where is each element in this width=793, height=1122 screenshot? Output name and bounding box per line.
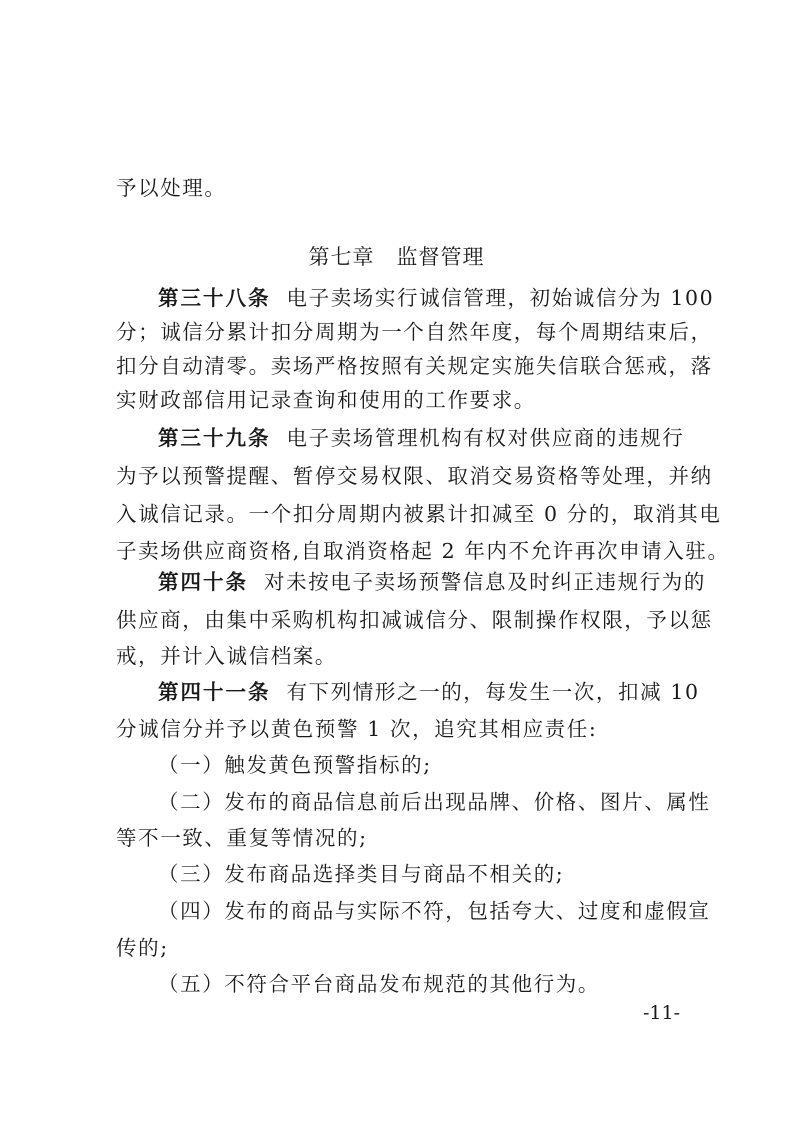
article-text: 扣分自动清零。卖场严格按照有关规定实施失信联合惩戒，落: [116, 350, 713, 382]
article-38-first-line: 第三十八条电子卖场实行诚信管理，初始诚信分为 100: [158, 282, 714, 314]
list-item-1: （一）触发黄色预警指标的;: [158, 749, 432, 781]
article-text: 有下列情形之一的，每发生一次，扣减 10: [287, 680, 700, 704]
article-40-first-line: 第四十条对未按电子卖场预警信息及时纠正违规行为的: [158, 566, 706, 598]
article-text: 实财政部信用记录查询和使用的工作要求。: [116, 384, 536, 416]
article-38-heading: 第三十八条: [158, 286, 271, 310]
list-item-2-cont: 等不一致、重复等情况的;: [116, 822, 368, 854]
page-number: -11-: [643, 1000, 680, 1026]
chapter-heading: 第七章监督管理: [0, 241, 793, 273]
article-41-heading: 第四十一条: [158, 680, 271, 704]
list-item-2: （二）发布的商品信息前后出现品牌、价格、图片、属性: [158, 786, 711, 818]
article-text: 电子卖场实行诚信管理，初始诚信分为 100: [287, 286, 715, 310]
article-40-heading: 第四十条: [158, 570, 248, 594]
article-39-heading: 第三十九条: [158, 426, 271, 450]
list-item-4: （四）发布的商品与实际不符，包括夸大、过度和虚假宣: [158, 895, 711, 927]
article-text: 供应商，由集中采购机构扣减诚信分、限制操作权限，予以惩: [116, 604, 713, 636]
article-text: 为予以预警提醒、暂停交易权限、取消交易资格等处理，并纳: [116, 460, 713, 492]
article-text: 分诚信分并予以黄色预警 1 次，追究其相应责任:: [116, 713, 597, 745]
article-text: 分；诚信分累计扣分周期为一个自然年度，每个周期结束后，: [116, 316, 713, 348]
list-item-5: （五）不符合平台商品发布规范的其他行为。: [158, 968, 600, 1000]
article-41-first-line: 第四十一条有下列情形之一的，每发生一次，扣减 10: [158, 676, 700, 708]
article-text: 电子卖场管理机构有权对供应商的违规行: [287, 426, 685, 450]
article-39-first-line: 第三十九条电子卖场管理机构有权对供应商的违规行: [158, 422, 684, 454]
article-text: 子卖场供应商资格,自取消资格起 2 年内不允许再次申请入驻。: [116, 535, 730, 567]
chapter-title: 监督管理: [397, 245, 485, 269]
article-text: 入诚信记录。一个扣分周期内被累计扣减至 0 分的，取消其电: [116, 498, 721, 530]
list-item-3: （三）发布商品选择类目与商品不相关的;: [158, 858, 564, 890]
article-text: 戒，并计入诚信档案。: [116, 640, 337, 672]
article-text: 对未按电子卖场预警信息及时纠正违规行为的: [264, 570, 706, 594]
chapter-number: 第七章: [309, 245, 375, 269]
list-item-4-cont: 传的;: [116, 932, 169, 964]
continuation-text: 予以处理。: [116, 172, 227, 204]
